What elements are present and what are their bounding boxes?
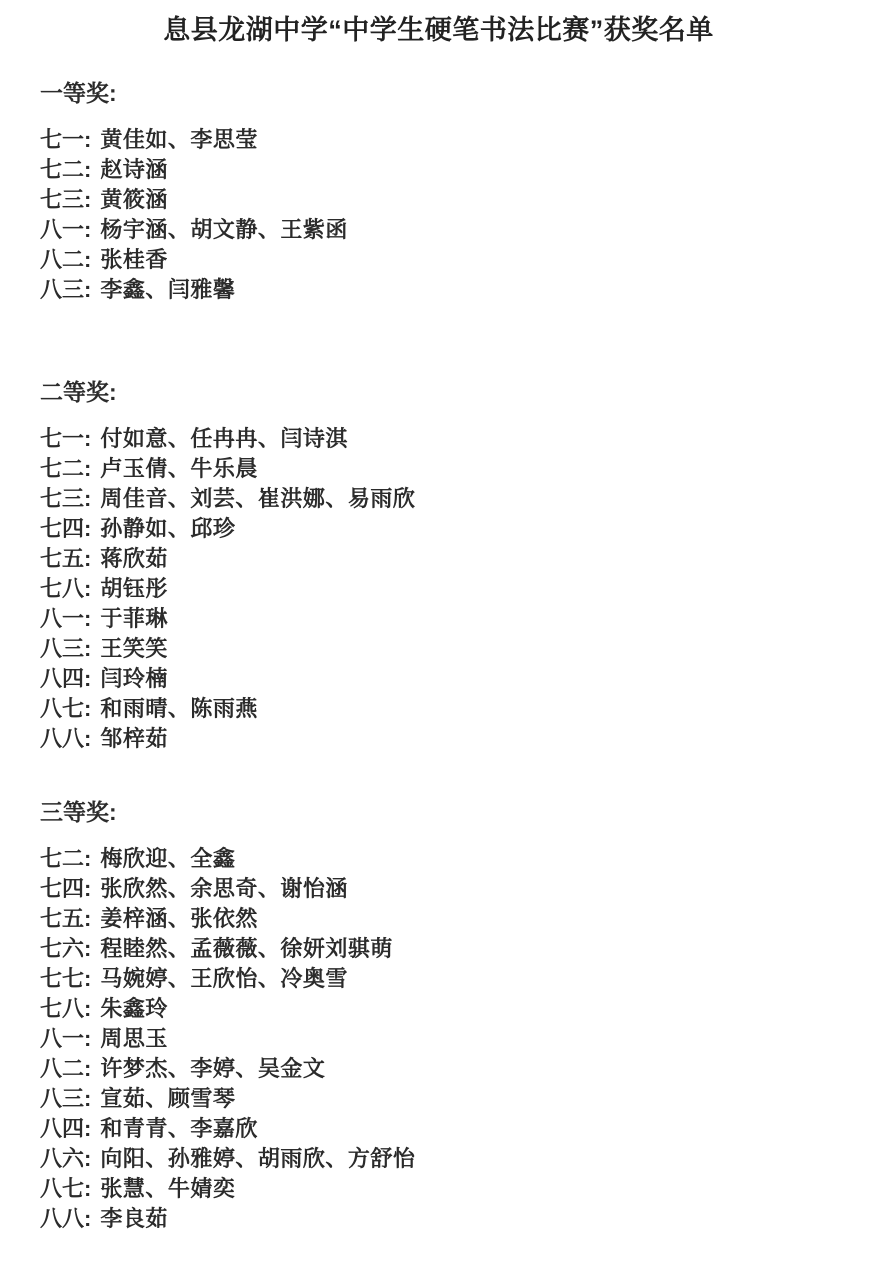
class-label: 八一:	[40, 606, 91, 631]
award-entry: 八二:张桂香	[40, 245, 837, 275]
class-label: 七八:	[40, 576, 91, 601]
class-label: 七五:	[40, 906, 91, 931]
winner-names: 许梦杰、李婷、吴金文	[100, 1056, 325, 1081]
award-entry: 八七:和雨晴、陈雨燕	[40, 694, 837, 724]
class-label: 八八:	[40, 726, 91, 751]
award-list: 一等奖: 七一:黄佳如、李思莹 七二:赵诗涵 七三:黄筱涵 八一:杨宇涵、胡文静…	[40, 78, 837, 1234]
award-section: 三等奖: 七二:梅欣迎、全鑫 七四:张欣然、余思奇、谢怡涵 七五:姜梓涵、张依然…	[40, 797, 837, 1234]
award-entry: 八七:张慧、牛婧奕	[40, 1174, 837, 1204]
winner-names: 周思玉	[100, 1026, 168, 1051]
class-label: 七四:	[40, 876, 91, 901]
class-label: 八一:	[40, 1026, 91, 1051]
class-label: 七二:	[40, 846, 91, 871]
award-entry: 八一:杨宇涵、胡文静、王紫函	[40, 215, 837, 245]
section-entries: 七一:付如意、任冉冉、闫诗淇 七二:卢玉倩、牛乐晨 七三:周佳音、刘芸、崔洪娜、…	[40, 424, 837, 754]
award-entry: 八八:邹梓茹	[40, 724, 837, 754]
award-entry: 七二:赵诗涵	[40, 155, 837, 185]
class-label: 八三:	[40, 1086, 91, 1111]
document-title: 息县龙湖中学“中学生硬笔书法比赛”获奖名单	[40, 12, 837, 48]
class-label: 八四:	[40, 666, 91, 691]
award-entry: 七一:黄佳如、李思莹	[40, 125, 837, 155]
class-label: 八三:	[40, 636, 91, 661]
winner-names: 黄佳如、李思莹	[100, 127, 258, 152]
winner-names: 张桂香	[100, 247, 168, 272]
award-entry: 八四:和青青、李嘉欣	[40, 1114, 837, 1144]
class-label: 七二:	[40, 456, 91, 481]
winner-names: 和雨晴、陈雨燕	[100, 696, 258, 721]
winner-names: 王笑笑	[100, 636, 168, 661]
winner-names: 张欣然、余思奇、谢怡涵	[100, 876, 348, 901]
section-heading: 一等奖:	[40, 78, 837, 108]
class-label: 八八:	[40, 1206, 91, 1231]
class-label: 八二:	[40, 1056, 91, 1081]
class-label: 七二:	[40, 157, 91, 182]
section-entries: 七一:黄佳如、李思莹 七二:赵诗涵 七三:黄筱涵 八一:杨宇涵、胡文静、王紫函 …	[40, 125, 837, 305]
winner-names: 闫玲楠	[100, 666, 168, 691]
class-label: 八七:	[40, 1176, 91, 1201]
award-entry: 七四:孙静如、邱珍	[40, 514, 837, 544]
award-section: 一等奖: 七一:黄佳如、李思莹 七二:赵诗涵 七三:黄筱涵 八一:杨宇涵、胡文静…	[40, 78, 837, 305]
award-entry: 七二:卢玉倩、牛乐晨	[40, 454, 837, 484]
class-label: 八二:	[40, 247, 91, 272]
winner-names: 姜梓涵、张依然	[100, 906, 258, 931]
winner-names: 卢玉倩、牛乐晨	[100, 456, 258, 481]
award-entry: 八一:于菲琳	[40, 604, 837, 634]
class-label: 七一:	[40, 426, 91, 451]
winner-names: 梅欣迎、全鑫	[100, 846, 235, 871]
winner-names: 向阳、孙雅婷、胡雨欣、方舒怡	[100, 1146, 415, 1171]
winner-names: 宣茹、顾雪琴	[100, 1086, 235, 1111]
winner-names: 程睦然、孟薇薇、徐妍刘骐萌	[100, 936, 393, 961]
winner-names: 朱鑫玲	[100, 996, 168, 1021]
winner-names: 蒋欣茹	[100, 546, 168, 571]
class-label: 七四:	[40, 516, 91, 541]
award-entry: 七三:周佳音、刘芸、崔洪娜、易雨欣	[40, 484, 837, 514]
award-entry: 八四:闫玲楠	[40, 664, 837, 694]
class-label: 七五:	[40, 546, 91, 571]
winner-names: 黄筱涵	[100, 187, 168, 212]
winner-names: 李鑫、闫雅馨	[100, 277, 235, 302]
winner-names: 杨宇涵、胡文静、王紫函	[100, 217, 348, 242]
award-entry: 八三:李鑫、闫雅馨	[40, 275, 837, 305]
winner-names: 胡钰彤	[100, 576, 168, 601]
award-entry: 八八:李良茹	[40, 1204, 837, 1234]
winner-names: 张慧、牛婧奕	[100, 1176, 235, 1201]
class-label: 八六:	[40, 1146, 91, 1171]
award-entry: 八六:向阳、孙雅婷、胡雨欣、方舒怡	[40, 1144, 837, 1174]
section-heading: 三等奖:	[40, 797, 837, 827]
class-label: 七一:	[40, 127, 91, 152]
winner-names: 邹梓茹	[100, 726, 168, 751]
award-entry: 七六:程睦然、孟薇薇、徐妍刘骐萌	[40, 934, 837, 964]
winner-names: 李良茹	[100, 1206, 168, 1231]
class-label: 八一:	[40, 217, 91, 242]
award-section: 二等奖: 七一:付如意、任冉冉、闫诗淇 七二:卢玉倩、牛乐晨 七三:周佳音、刘芸…	[40, 377, 837, 754]
award-entry: 七五:姜梓涵、张依然	[40, 904, 837, 934]
award-entry: 八二:许梦杰、李婷、吴金文	[40, 1054, 837, 1084]
winner-names: 于菲琳	[100, 606, 168, 631]
award-entry: 七八:朱鑫玲	[40, 994, 837, 1024]
class-label: 七七:	[40, 966, 91, 991]
class-label: 八三:	[40, 277, 91, 302]
winner-names: 周佳音、刘芸、崔洪娜、易雨欣	[100, 486, 415, 511]
winner-names: 付如意、任冉冉、闫诗淇	[100, 426, 348, 451]
section-entries: 七二:梅欣迎、全鑫 七四:张欣然、余思奇、谢怡涵 七五:姜梓涵、张依然 七六:程…	[40, 844, 837, 1234]
award-entry: 七八:胡钰彤	[40, 574, 837, 604]
award-entry: 七四:张欣然、余思奇、谢怡涵	[40, 874, 837, 904]
award-entry: 八三:王笑笑	[40, 634, 837, 664]
award-entry: 七一:付如意、任冉冉、闫诗淇	[40, 424, 837, 454]
award-entry: 八一:周思玉	[40, 1024, 837, 1054]
award-entry: 七七:马婉婷、王欣怡、冷奥雪	[40, 964, 837, 994]
award-entry: 八三:宣茹、顾雪琴	[40, 1084, 837, 1114]
class-label: 七三:	[40, 486, 91, 511]
winner-names: 和青青、李嘉欣	[100, 1116, 258, 1141]
class-label: 七八:	[40, 996, 91, 1021]
award-entry: 七五:蒋欣茹	[40, 544, 837, 574]
award-entry: 七二:梅欣迎、全鑫	[40, 844, 837, 874]
document-page: 息县龙湖中学“中学生硬笔书法比赛”获奖名单 一等奖: 七一:黄佳如、李思莹 七二…	[0, 0, 877, 1273]
class-label: 八七:	[40, 696, 91, 721]
section-heading: 二等奖:	[40, 377, 837, 407]
winner-names: 赵诗涵	[100, 157, 168, 182]
class-label: 八四:	[40, 1116, 91, 1141]
award-entry: 七三:黄筱涵	[40, 185, 837, 215]
class-label: 七六:	[40, 936, 91, 961]
winner-names: 孙静如、邱珍	[100, 516, 235, 541]
class-label: 七三:	[40, 187, 91, 212]
winner-names: 马婉婷、王欣怡、冷奥雪	[100, 966, 348, 991]
